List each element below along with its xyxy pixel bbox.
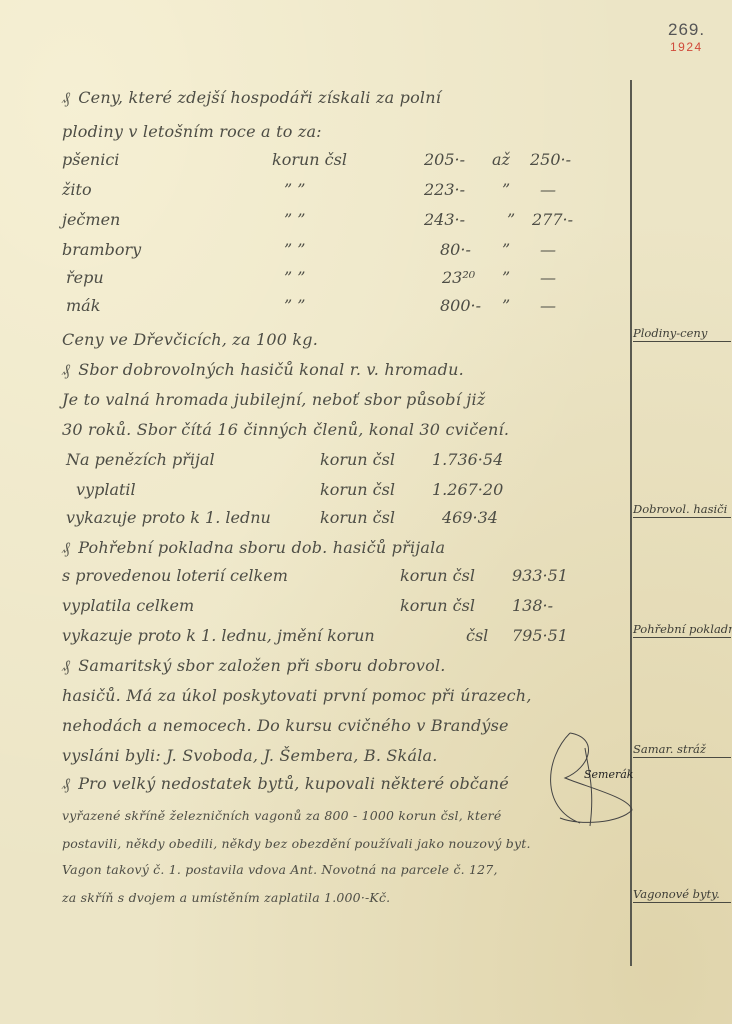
samaritan-line-2: hasičů. Má za úkol poskytovati první pom… <box>62 686 532 705</box>
crop-unit: ” ” <box>284 268 305 287</box>
finance-label: Na penězích přijal <box>66 450 215 469</box>
finance-label: vykazuje proto k 1. lednu <box>66 508 271 527</box>
crop-unit: ” ” <box>284 210 305 229</box>
finance-amount: 1.736·54 <box>432 450 503 469</box>
crop-prices-intro-1: ₰Ceny, které zdejší hospodáři získali za… <box>62 88 441 108</box>
samaritan-line-1: ₰Samaritský sbor založen při sboru dobro… <box>62 656 446 676</box>
crop-price-sep: ” <box>502 180 510 199</box>
crop-price-from: 223·- <box>424 180 465 199</box>
crop-price-to: — <box>540 296 556 315</box>
table-row: žito ” ” 223·- ” — <box>62 180 622 202</box>
finance-row: vyplatil korun čsl 1.267·20 <box>62 480 622 502</box>
wagon-homes-line-4: Vagon takový č. 1. postavila vdova Ant. … <box>62 862 498 877</box>
page-year: 1924 <box>670 40 703 54</box>
table-row: mák ” ” 800·- ” — <box>62 296 622 318</box>
funeral-fund-line-1: ₰Pohřební pokladna sboru dob. hasičů při… <box>62 538 445 558</box>
table-row: pšenici korun čsl 205·- až 250·- <box>62 150 622 172</box>
table-row: brambory ” ” 80·- ” — <box>62 240 622 262</box>
finance-row: vyplatila celkem korun čsl 138·- <box>62 596 622 618</box>
margin-note-fire-brigade: Dobrovol. hasiči <box>633 502 731 518</box>
finance-row: Na penězích přijal korun čsl 1.736·54 <box>62 450 622 472</box>
crop-price-from: 23²⁰ <box>442 268 475 287</box>
crop-unit: ” ” <box>284 296 305 315</box>
margin-note-crop-prices: Plodiny-ceny <box>633 326 731 342</box>
finance-unit: korun čsl <box>320 450 395 469</box>
crop-name: ječmen <box>62 210 120 229</box>
finance-label: vyplatila celkem <box>62 596 194 615</box>
crop-name: brambory <box>62 240 141 259</box>
finance-amount: 138·- <box>512 596 553 615</box>
finance-unit: korun čsl <box>320 508 395 527</box>
crop-price-to: — <box>540 268 556 287</box>
section-marker-icon: ₰ <box>62 360 70 379</box>
signature-text: Semerák <box>584 768 633 781</box>
finance-unit: čsl <box>466 626 488 645</box>
crop-price-to: 250·- <box>530 150 571 169</box>
crop-price-sep: ” <box>502 240 510 259</box>
finance-amount: 795·51 <box>512 626 568 645</box>
finance-label: vyplatil <box>76 480 136 499</box>
crop-name: pšenici <box>62 150 119 169</box>
fire-brigade-line-1: ₰Sbor dobrovolných hasičů konal r. v. hr… <box>62 360 464 380</box>
fire-brigade-line-3: 30 roků. Sbor čítá 16 činných členů, kon… <box>62 420 509 439</box>
crop-name: řepu <box>66 268 104 287</box>
crop-price-from: 80·- <box>440 240 471 259</box>
crop-price-sep: ” <box>502 296 510 315</box>
finance-row: vykazuje proto k 1. lednu, jmění korun č… <box>62 626 622 648</box>
crop-price-from: 243·- <box>424 210 465 229</box>
wagon-homes-line-2: vyřazené skříně železničních vagonů za 8… <box>62 808 501 823</box>
crop-name: mák <box>66 296 100 315</box>
section-marker-icon: ₰ <box>62 774 70 793</box>
samaritan-line-4: vysláni byli: J. Svoboda, J. Šembera, B.… <box>62 746 438 765</box>
crop-price-from: 205·- <box>424 150 465 169</box>
crop-price-to: 277·- <box>532 210 573 229</box>
finance-label: vykazuje proto k 1. lednu, jmění korun <box>62 626 375 645</box>
crop-prices-intro-2: plodiny v letošním roce a to za: <box>62 122 322 141</box>
wagon-homes-line-5: za skříň s dvojem a umístěním zaplatila … <box>62 890 390 905</box>
wagon-homes-line-1: ₰Pro velký nedostatek bytů, kupovali něk… <box>62 774 509 794</box>
margin-note-wagon-homes: Vagonové byty. <box>633 887 731 903</box>
section-marker-icon: ₰ <box>62 538 70 557</box>
crop-price-from: 800·- <box>440 296 481 315</box>
crop-unit: ” ” <box>284 180 305 199</box>
page-number: 269. <box>668 20 705 40</box>
samaritan-line-3: nehodách a nemocech. Do kursu cvičného v… <box>62 716 509 735</box>
finance-amount: 1.267·20 <box>432 480 503 499</box>
finance-amount: 469·34 <box>442 508 498 527</box>
crop-price-to: — <box>540 240 556 259</box>
margin-note-funeral-fund: Pohřební pokladna <box>633 622 731 638</box>
crop-unit: ” ” <box>284 240 305 259</box>
crop-name: žito <box>62 180 92 199</box>
crop-price-sep: ” <box>502 268 510 287</box>
table-row: ječmen ” ” 243·- ” 277·- <box>62 210 622 232</box>
margin-rule <box>630 80 632 966</box>
margin-note-samaritan: Samar. stráž <box>633 742 731 758</box>
table-row: řepu ” ” 23²⁰ ” — <box>62 268 622 290</box>
crop-price-sep: až <box>492 150 510 169</box>
crop-unit: korun čsl <box>272 150 347 169</box>
finance-row: vykazuje proto k 1. lednu korun čsl 469·… <box>62 508 622 530</box>
finance-unit: korun čsl <box>400 596 475 615</box>
crop-price-to: — <box>540 180 556 199</box>
finance-unit: korun čsl <box>400 566 475 585</box>
section-marker-icon: ₰ <box>62 656 70 675</box>
section-marker-icon: ₰ <box>62 88 70 107</box>
crop-prices-footnote: Ceny ve Dřevčicích, za 100 kg. <box>62 330 318 349</box>
finance-unit: korun čsl <box>320 480 395 499</box>
signature: Semerák <box>540 728 635 828</box>
wagon-homes-line-3: postavili, někdy obedili, někdy bez obez… <box>62 836 531 851</box>
finance-label: s provedenou loterií celkem <box>62 566 288 585</box>
crop-price-sep: ” <box>507 210 515 229</box>
fire-brigade-line-2: Je to valná hromada jubilejní, neboť sbo… <box>62 390 485 409</box>
finance-amount: 933·51 <box>512 566 568 585</box>
finance-row: s provedenou loterií celkem korun čsl 93… <box>62 566 622 588</box>
